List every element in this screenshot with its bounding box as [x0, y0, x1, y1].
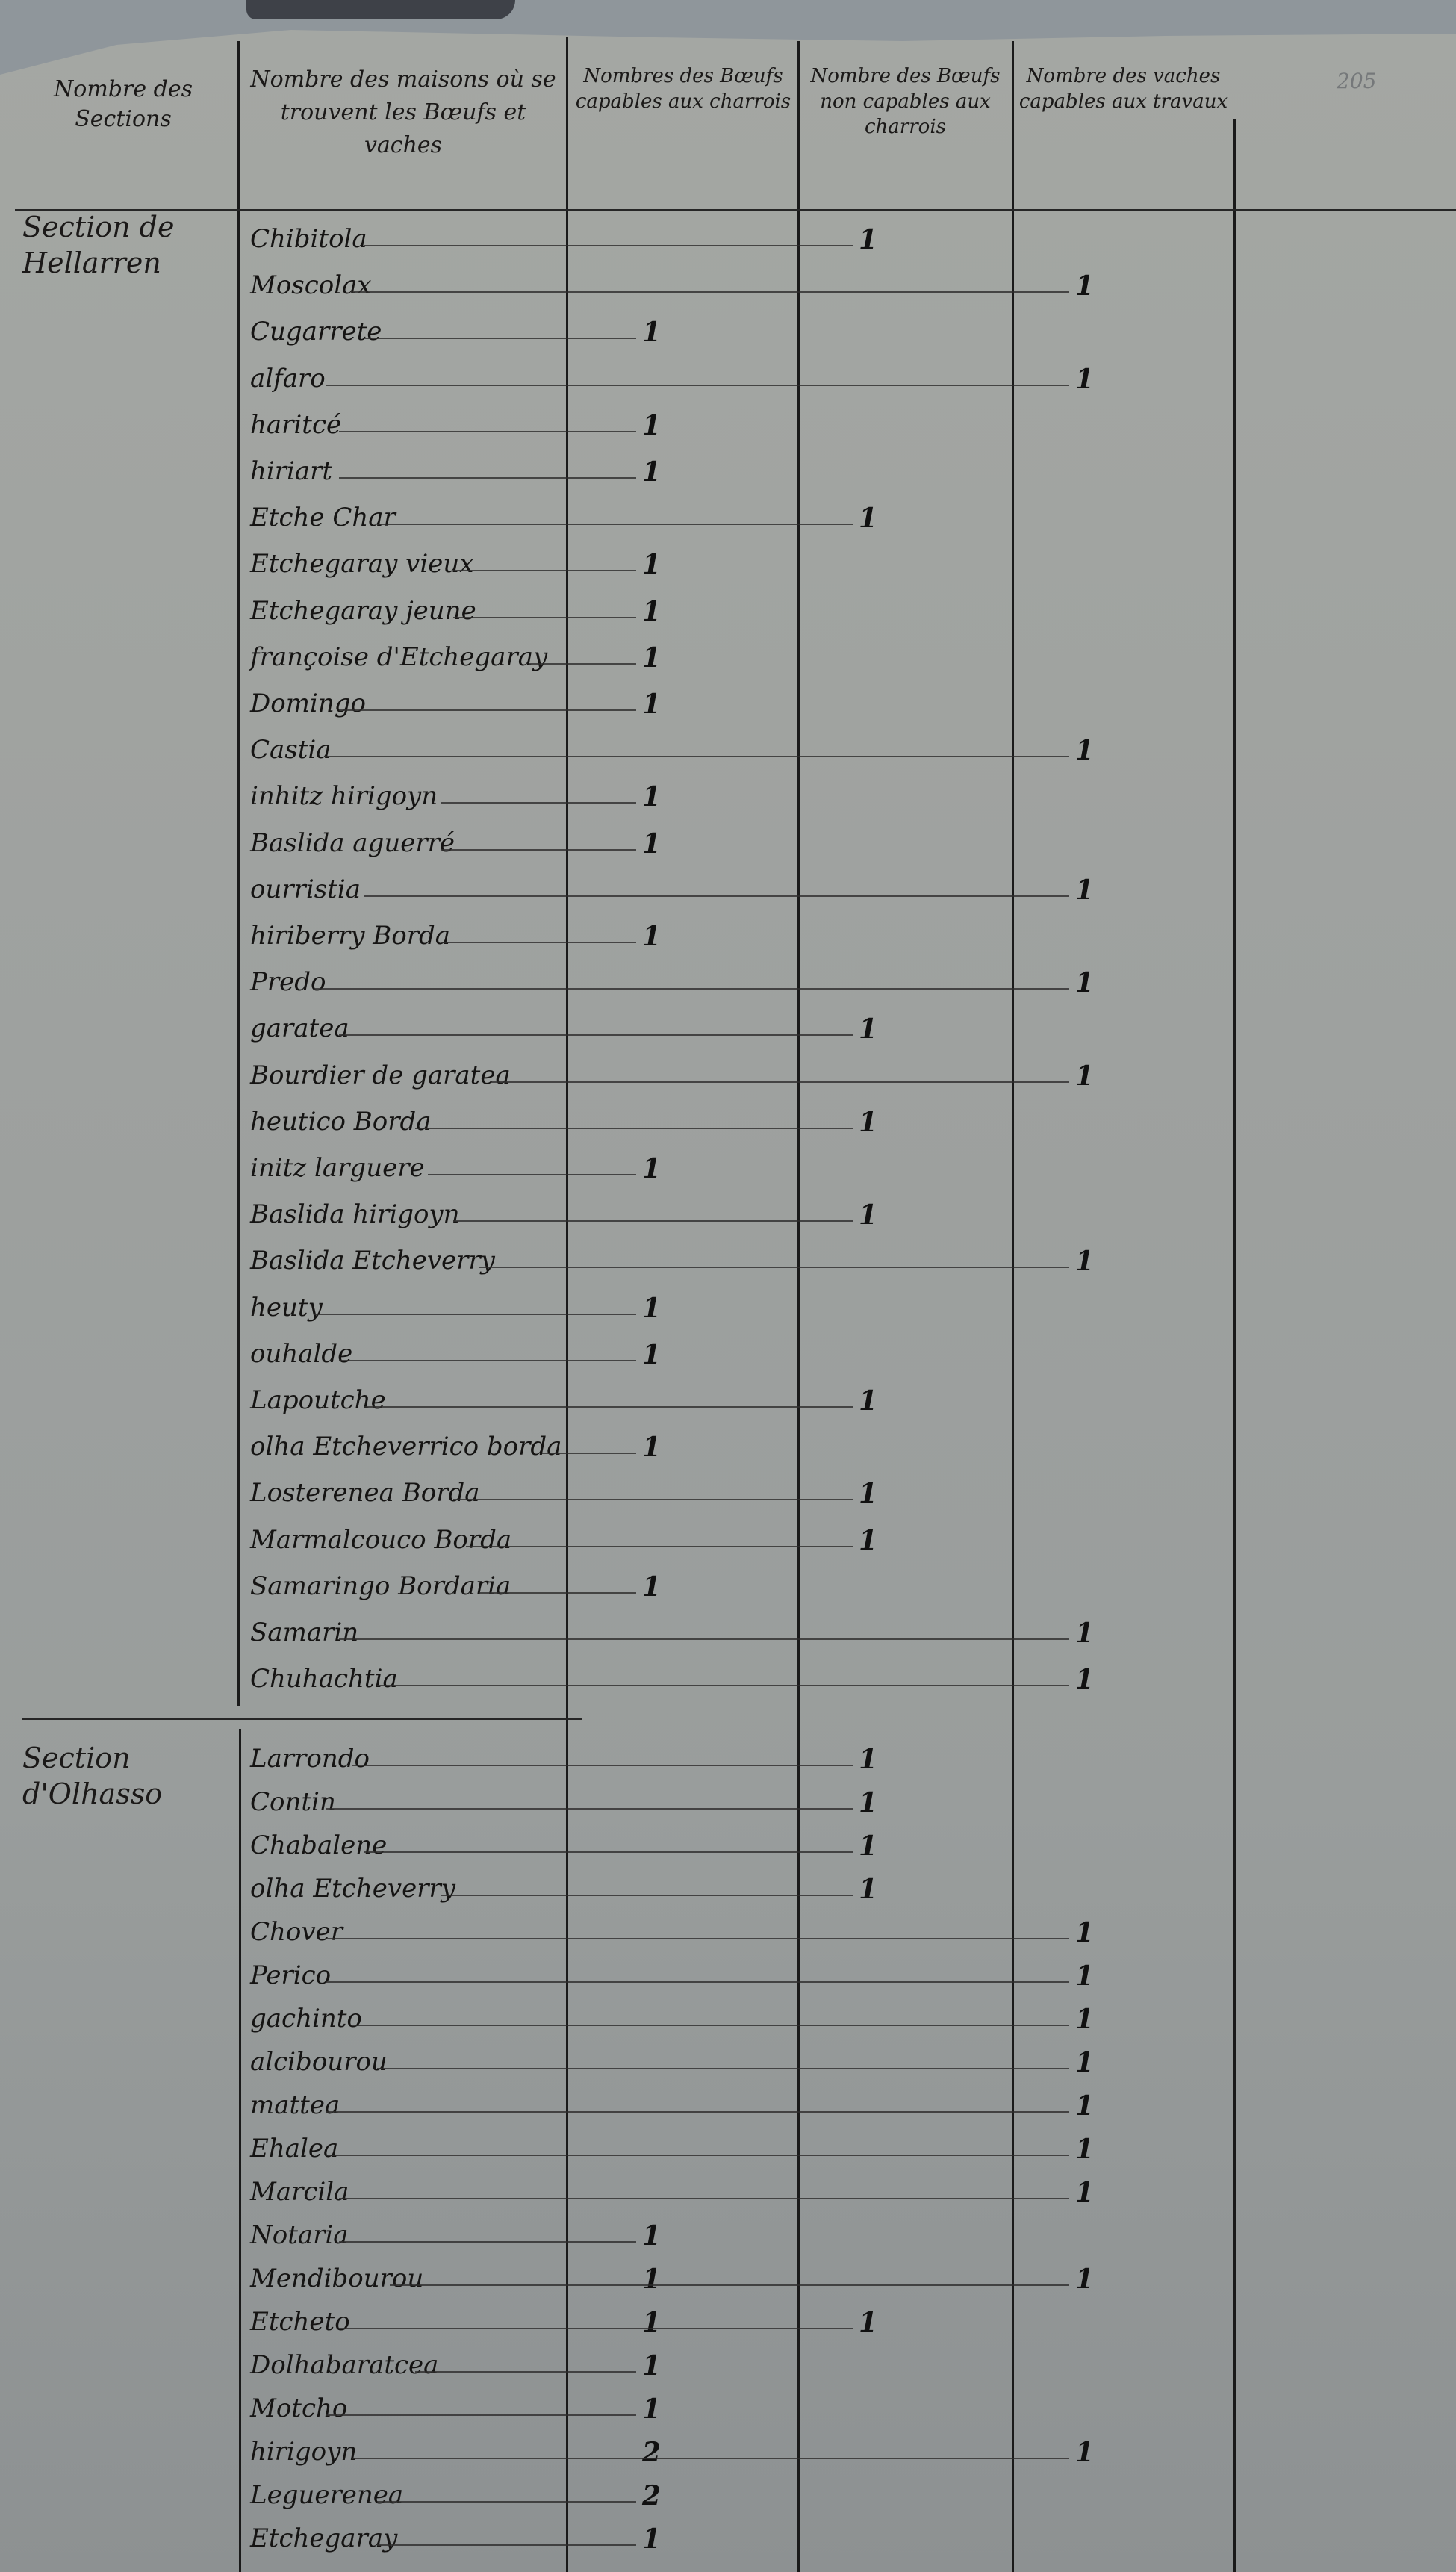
ledger-row: françoise d'Etchegaray1 [0, 642, 1456, 684]
house-name: Etcheto [250, 2307, 350, 2337]
ledger-row: Castia1 [0, 735, 1456, 777]
count-cows-capable: 1 [1075, 1664, 1094, 1695]
ledger-row: Contin1 [0, 1787, 1456, 1829]
house-name: Samaringo Bordaria [250, 1571, 511, 1601]
ledger-row: Dolhabaratcea1 [0, 2350, 1456, 2392]
leader-line [339, 477, 636, 479]
count-oxen-capable: 1 [642, 2264, 661, 2295]
leader-line [441, 942, 636, 943]
leader-line [441, 802, 636, 804]
leader-line [339, 1638, 1069, 1640]
ledger-row: Baslida aguerré1 [0, 828, 1456, 870]
ledger-row: Samaringo Bordaria1 [0, 1571, 1456, 1613]
leader-line [441, 849, 636, 851]
ledger-row: Etchegaray1 [0, 2523, 1456, 2565]
leader-line [326, 756, 1069, 757]
leader-line [415, 1128, 853, 1129]
count-oxen-not-capable: 1 [859, 1385, 877, 1417]
house-name: Chibitola [250, 224, 367, 254]
count-cows-capable: 1 [1075, 735, 1094, 766]
leader-line [352, 1765, 853, 1766]
house-name: Chuhachtia [250, 1664, 398, 1694]
ledger-row: Marmalcouco Borda1 [0, 1525, 1456, 1567]
ledger-row: heuty1 [0, 1293, 1456, 1335]
count-cows-capable: 1 [1075, 270, 1094, 302]
house-name: Cugarrete [250, 317, 382, 347]
leader-line [352, 2025, 1069, 2026]
house-name: Chover [250, 1917, 343, 1947]
count-oxen-not-capable: 1 [859, 1874, 877, 1905]
leader-line [352, 291, 1069, 293]
house-name: olha Etcheverrico borda [250, 1432, 561, 1461]
ledger-row: alfaro1 [0, 364, 1456, 406]
count-cows-capable: 1 [1075, 875, 1094, 906]
count-oxen-capable: 1 [642, 1571, 661, 1603]
house-name: Chabalene [250, 1830, 387, 1860]
count-oxen-capable: 2 [642, 2437, 661, 2468]
count-oxen-capable: 1 [642, 317, 661, 348]
count-oxen-not-capable: 1 [859, 1478, 877, 1509]
count-oxen-capable: 1 [642, 921, 661, 952]
count-cows-capable: 1 [1075, 967, 1094, 998]
leader-line [364, 1851, 853, 1853]
house-name: Etchegaray jeune [250, 596, 476, 626]
house-name: ourristia [250, 875, 361, 904]
ledger-row: Marcila1 [0, 2177, 1456, 2219]
house-name: Marcila [250, 2177, 349, 2207]
count-oxen-not-capable: 1 [859, 1199, 877, 1231]
count-oxen-capable: 1 [642, 1153, 661, 1184]
leader-line [377, 2068, 1069, 2069]
count-oxen-capable: 1 [642, 2523, 661, 2555]
ledger-row: inhitz hirigoyn1 [0, 781, 1456, 823]
house-name: Baslida hirigoyn [250, 1199, 460, 1229]
leader-line [364, 895, 1069, 897]
leader-line [364, 1406, 853, 1408]
count-oxen-not-capable: 1 [859, 1787, 877, 1818]
house-name: Motcho [250, 2394, 347, 2423]
ledger-row: Ehalea1 [0, 2134, 1456, 2175]
house-name: garatea [250, 1013, 349, 1043]
count-cows-capable: 1 [1075, 2090, 1094, 2122]
leader-line [377, 2501, 636, 2503]
ledger-row: haritcé1 [0, 410, 1456, 452]
house-name: Moscolax [250, 270, 372, 300]
count-oxen-not-capable: 1 [859, 224, 877, 255]
ledger-row: Domingo1 [0, 689, 1456, 730]
count-oxen-not-capable: 1 [859, 503, 877, 534]
house-name: Predo [250, 967, 326, 997]
count-oxen-capable: 1 [642, 642, 661, 674]
count-cows-capable: 1 [1075, 2177, 1094, 2208]
count-oxen-capable: 1 [642, 1339, 661, 1370]
leader-line [326, 385, 1069, 386]
house-name: Baslida Etcheverry [250, 1246, 495, 1276]
count-oxen-not-capable: 1 [859, 1525, 877, 1556]
ledger-row: mattea1 [0, 2090, 1456, 2132]
leader-line [339, 709, 636, 711]
ledger-row: olha Etcheverry1 [0, 1874, 1456, 1916]
ledger-row: Cugarrete1 [0, 317, 1456, 358]
count-cows-capable: 1 [1075, 364, 1094, 395]
ledger-row: Larrondo1 [0, 1744, 1456, 1786]
count-oxen-not-capable: 1 [859, 1013, 877, 1045]
count-oxen-not-capable: 1 [859, 2307, 877, 2338]
ledger-row: Mendibourou11 [0, 2264, 1456, 2305]
count-oxen-capable: 1 [642, 410, 661, 441]
leader-line [339, 1360, 636, 1361]
count-oxen-capable: 1 [642, 2394, 661, 2425]
count-cows-capable: 1 [1075, 1917, 1094, 1948]
leader-line [339, 431, 636, 432]
count-oxen-not-capable: 1 [859, 1107, 877, 1138]
leader-line [339, 2241, 636, 2243]
count-cows-capable: 1 [1075, 2264, 1094, 2295]
house-name: alfaro [250, 364, 326, 394]
house-name: Baslida aguerré [250, 828, 455, 858]
leader-line [377, 524, 853, 525]
leader-line [491, 1081, 1069, 1083]
house-name: Etchegaray vieux [250, 549, 473, 579]
leader-line [314, 1314, 636, 1315]
ledger-row: initz larguere1 [0, 1153, 1456, 1195]
house-name: ouhalde [250, 1339, 352, 1369]
house-name: heutico Borda [250, 1107, 432, 1137]
ledger-row: Losterenea Borda1 [0, 1478, 1456, 1520]
ledger-row: garatea1 [0, 1013, 1456, 1055]
leader-line [377, 1685, 1069, 1686]
count-oxen-capable: 1 [642, 689, 661, 720]
count-cows-capable: 1 [1075, 2004, 1094, 2035]
house-name: Contin [250, 1787, 336, 1817]
house-name: Perico [250, 1960, 331, 1990]
ledger-row: hirigoyn21 [0, 2437, 1456, 2479]
house-name: hiriart [250, 456, 332, 486]
house-name: Bourdier de garatea [250, 1060, 511, 1090]
header-section: Nombre des Sections [15, 75, 231, 134]
house-name: Castia [250, 735, 332, 765]
ledger-row: Etchegaray vieux1 [0, 549, 1456, 591]
house-name: Leguerenea [250, 2480, 403, 2510]
ledger-row: Chibitola1 [0, 224, 1456, 266]
header-oxen-not-capable: Nombre des Bœufs non capables aux charro… [803, 63, 1008, 140]
house-name: Etchegaray [250, 2523, 397, 2553]
header-houses: Nombre des maisons où se trouvent les Bœ… [246, 63, 560, 162]
count-cows-capable: 1 [1075, 1246, 1094, 1277]
house-name: Etche Char [250, 503, 396, 532]
torn-top-strip [246, 0, 515, 19]
ledger-row: Chuhachtia1 [0, 1664, 1456, 1706]
section-divider [22, 1718, 582, 1720]
count-cows-capable: 1 [1075, 2047, 1094, 2078]
leader-line [339, 1034, 853, 1036]
ledger-row: heutico Borda1 [0, 1107, 1456, 1149]
ledger-row: Baslida Etcheverry1 [0, 1246, 1456, 1287]
count-oxen-capable: 1 [642, 596, 661, 627]
leader-line [314, 988, 1069, 990]
house-name: françoise d'Etchegaray [250, 642, 547, 672]
page-number: 205 [1337, 69, 1376, 93]
leader-line [326, 1981, 1069, 1983]
leader-line [453, 617, 636, 618]
leader-line [428, 1174, 636, 1175]
ledger-row: Perico1 [0, 1960, 1456, 2002]
ledger-row: Chover1 [0, 1917, 1456, 1959]
leader-line [377, 2544, 636, 2546]
house-name: Marmalcouco Borda [250, 1525, 511, 1555]
house-name: olha Etcheverry [250, 1874, 455, 1904]
leader-line [529, 663, 636, 665]
header-cows-capable: Nombre des vaches capables aux travaux [1017, 63, 1230, 114]
ledger-row: gachinto1 [0, 2004, 1456, 2046]
leader-line [364, 338, 636, 339]
leader-line [326, 2414, 636, 2416]
house-name: mattea [250, 2090, 340, 2120]
count-oxen-capable: 1 [642, 456, 661, 488]
count-oxen-capable: 1 [642, 2307, 661, 2338]
ledger-page: Nombre des Sections Nombre des maisons o… [0, 22, 1456, 2572]
header-rule [15, 209, 1456, 211]
count-oxen-capable: 1 [642, 549, 661, 580]
ledger-row: hiriberry Borda1 [0, 921, 1456, 963]
leader-line [339, 2328, 853, 2329]
ledger-row: Bourdier de garatea1 [0, 1060, 1456, 1102]
leader-line [326, 2155, 1069, 2156]
ledger-row: Leguerenea2 [0, 2480, 1456, 2522]
leader-line [453, 1499, 853, 1500]
ledger-row: ourristia1 [0, 875, 1456, 916]
house-name: Dolhabaratcea [250, 2350, 438, 2380]
count-cows-capable: 1 [1075, 2134, 1094, 2165]
leader-line [326, 1808, 853, 1810]
house-name: inhitz hirigoyn [250, 781, 438, 811]
leader-line [352, 2458, 1069, 2459]
header-oxen-capable: Nombres des Bœufs capables aux charrois [571, 63, 795, 114]
count-oxen-not-capable: 1 [859, 1744, 877, 1775]
count-oxen-capable: 1 [642, 781, 661, 813]
leader-line [479, 1267, 1069, 1268]
ledger-row: ouhalde1 [0, 1339, 1456, 1381]
ledger-row: Moscolax1 [0, 270, 1456, 312]
house-name: Ehalea [250, 2134, 338, 2163]
ledger-row: olha Etcheverrico borda1 [0, 1432, 1456, 1473]
house-name: heuty [250, 1293, 323, 1323]
count-cows-capable: 1 [1075, 2437, 1094, 2468]
house-name: initz larguere [250, 1153, 425, 1183]
ledger-row: Samarin1 [0, 1618, 1456, 1659]
count-cows-capable: 1 [1075, 1060, 1094, 1092]
ledger-row: Motcho1 [0, 2394, 1456, 2435]
house-name: Notaria [250, 2220, 349, 2250]
house-name: Larrondo [250, 1744, 370, 1774]
count-oxen-capable: 1 [642, 1293, 661, 1324]
ledger-row: hiriart1 [0, 456, 1456, 498]
ledger-row: Chabalene1 [0, 1830, 1456, 1872]
ledger-row: Etcheto11 [0, 2307, 1456, 2349]
ledger-row: Etchegaray jeune1 [0, 596, 1456, 638]
leader-line [390, 2284, 1069, 2286]
house-name: Samarin [250, 1618, 358, 1647]
leader-line [364, 245, 853, 246]
leader-line [466, 1546, 853, 1547]
house-name: alcibourou [250, 2047, 388, 2077]
leader-line [542, 1453, 636, 1454]
leader-line [453, 1220, 853, 1222]
ledger-row: Predo1 [0, 967, 1456, 1009]
ledger-row: Baslida hirigoyn1 [0, 1199, 1456, 1241]
house-name: Mendibourou [250, 2264, 423, 2293]
ledger-row: Etche Char1 [0, 503, 1456, 544]
leader-line [326, 2111, 1069, 2113]
count-oxen-capable: 2 [642, 2480, 661, 2512]
count-oxen-not-capable: 1 [859, 1830, 877, 1862]
ledger-row: Lapoutche1 [0, 1385, 1456, 1427]
leader-line [453, 570, 636, 571]
house-name: haritcé [250, 410, 341, 440]
house-name: Losterenea Borda [250, 1478, 480, 1508]
count-oxen-capable: 1 [642, 1432, 661, 1463]
ledger-row: alcibourou1 [0, 2047, 1456, 2089]
ledger-row: Notaria1 [0, 2220, 1456, 2262]
count-oxen-capable: 1 [642, 828, 661, 860]
house-name: gachinto [250, 2004, 362, 2034]
count-cows-capable: 1 [1075, 1960, 1094, 1992]
leader-line [326, 1938, 1069, 1939]
leader-line [441, 1895, 853, 1896]
leader-line [415, 2371, 636, 2373]
house-name: hirigoyn [250, 2437, 357, 2467]
count-oxen-capable: 1 [642, 2350, 661, 2382]
house-name: Lapoutche [250, 1385, 386, 1415]
house-name: Domingo [250, 689, 366, 718]
leader-line [339, 2198, 1069, 2199]
count-oxen-capable: 1 [642, 2220, 661, 2252]
house-name: hiriberry Borda [250, 921, 450, 951]
leader-line [479, 1592, 636, 1594]
count-cows-capable: 1 [1075, 1618, 1094, 1649]
